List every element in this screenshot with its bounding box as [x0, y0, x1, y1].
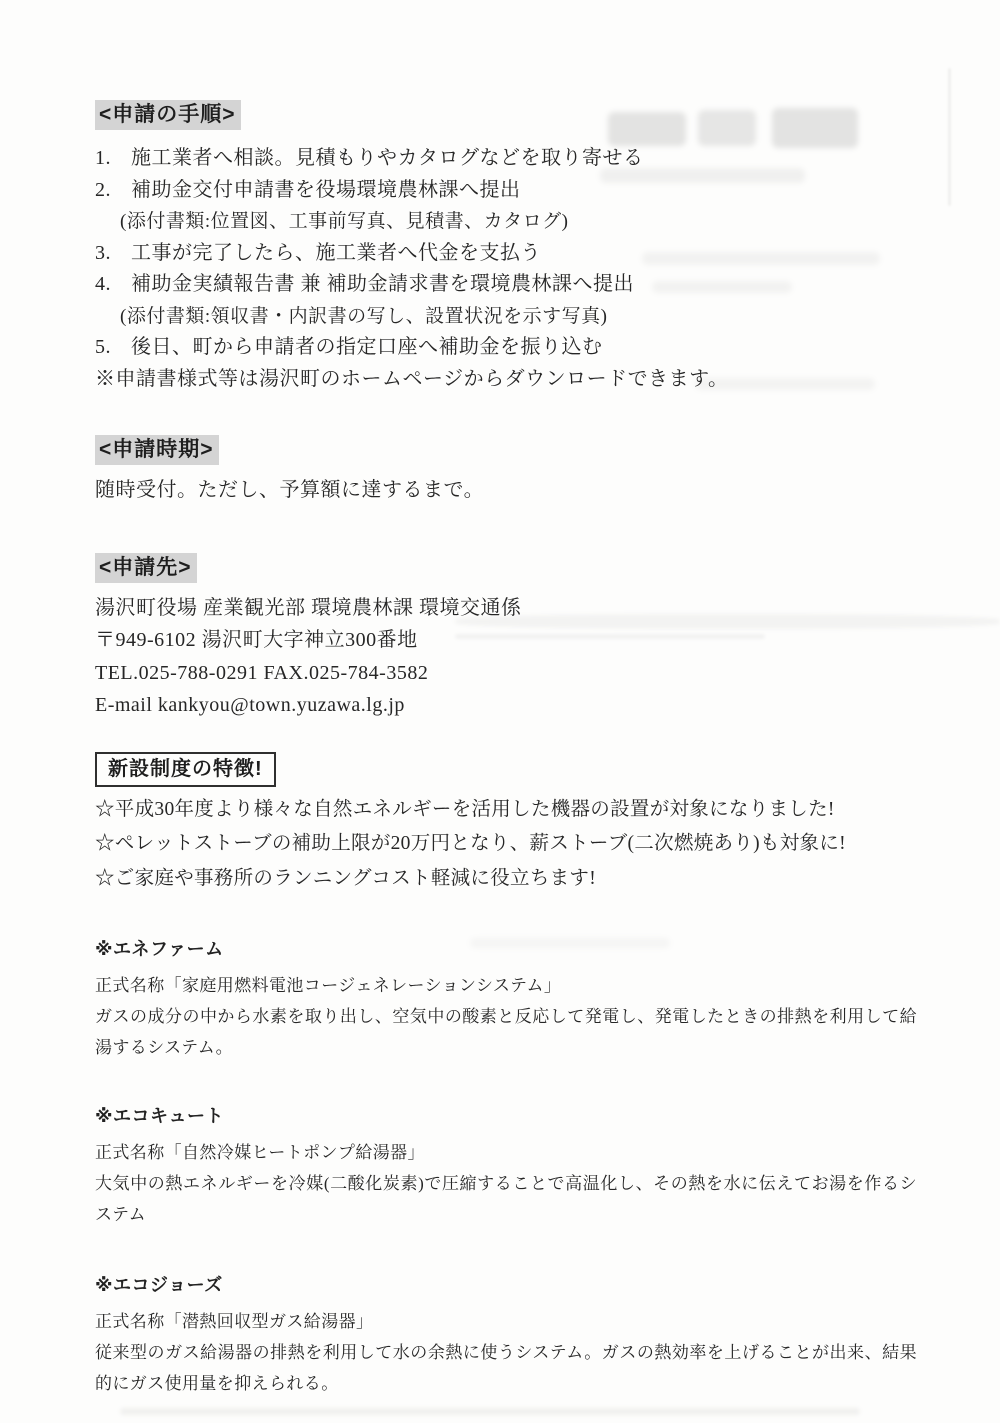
term-description: ガスの成分の中から水素を取り出し、空気中の酸素と反応して発電し、発電したときの排…: [95, 1001, 917, 1063]
step-attachments: (添付書類:領収書・内訳書の写し、設置状況を示す写真): [95, 301, 917, 333]
procedure-step-4: 4. 補助金実績報告書 兼 補助金請求書を環境農林課へ提出: [95, 269, 917, 301]
feature-item: ☆ペレットストーブの補助上限が20万円となり、薪ストーブ(二次燃焼あり)も対象に…: [95, 827, 917, 862]
procedure-steps: 1. 施工業者へ相談。見積もりやカタログなどを取り寄せる 2. 補助金交付申請書…: [95, 143, 917, 395]
term-name: ※エネファーム: [95, 937, 917, 961]
term-description: 従来型のガス給湯器の排熱を利用して水の余熱に使うシステム。ガスの熱効率を上げるこ…: [95, 1337, 917, 1399]
step-number: 1.: [95, 143, 131, 175]
section-procedure: <申請の手順> 1. 施工業者へ相談。見積もりやカタログなどを取り寄せる 2. …: [95, 100, 917, 395]
scanned-document-page: <申請の手順> 1. 施工業者へ相談。見積もりやカタログなどを取り寄せる 2. …: [0, 0, 1000, 1423]
features-list: ☆平成30年度より様々な自然エネルギーを活用した機器の設置が対象になりました! …: [95, 793, 917, 897]
contact-email: E-mail kankyou@town.yuzawa.lg.jp: [95, 689, 917, 722]
term-enefarm: ※エネファーム 正式名称「家庭用燃料電池コージェネレーションシステム」 ガスの成…: [95, 937, 917, 1063]
term-ecojozu: ※エコジョーズ 正式名称「潜熱回収型ガス給湯器」 従来型のガス給湯器の排熱を利用…: [95, 1273, 917, 1399]
download-note: ※申請書様式等は湯沢町のホームページからダウンロードできます。: [95, 364, 917, 396]
term-ecocute: ※エコキュート 正式名称「自然冷媒ヒートポンプ給湯器」 大気中の熱エネルギーを冷…: [95, 1104, 917, 1230]
step-text: 補助金交付申請書を役場環境農林課へ提出: [131, 175, 521, 207]
procedure-step-5: 5. 後日、町から申請者の指定口座へ補助金を振り込む: [95, 332, 917, 364]
term-official-name: 正式名称「家庭用燃料電池コージェネレーションシステム」: [95, 971, 917, 1001]
section-features: 新設制度の特徴! ☆平成30年度より様々な自然エネルギーを活用した機器の設置が対…: [95, 722, 917, 897]
contact-tel-fax: TEL.025-788-0291 FAX.025-784-3582: [95, 657, 917, 690]
step-attachments: (添付書類:位置図、工事前写真、見積書、カタログ): [95, 206, 917, 238]
step-number: 4.: [95, 269, 131, 301]
scan-edge-shadow: [120, 1408, 860, 1415]
document-content: <申請の手順> 1. 施工業者へ相談。見積もりやカタログなどを取り寄せる 2. …: [95, 100, 917, 1399]
procedure-step-3: 3. 工事が完了したら、施工業者へ代金を支払う: [95, 238, 917, 270]
procedure-heading: <申請の手順>: [95, 100, 241, 130]
section-contact: <申請先> 湯沢町役場 産業観光部 環境農林課 環境交通係 〒949-6102 …: [95, 553, 917, 722]
step-text: 工事が完了したら、施工業者へ代金を支払う: [131, 238, 541, 270]
period-body: 随時受付。ただし、予算額に達するまで。: [95, 474, 917, 507]
step-number: 2.: [95, 175, 131, 207]
step-text: 補助金実績報告書 兼 補助金請求書を環境農林課へ提出: [131, 269, 634, 301]
section-period: <申請時期> 随時受付。ただし、予算額に達するまで。: [95, 435, 917, 507]
contact-office: 湯沢町役場 産業観光部 環境農林課 環境交通係: [95, 592, 917, 625]
feature-item: ☆平成30年度より様々な自然エネルギーを活用した機器の設置が対象になりました!: [95, 793, 917, 828]
period-heading: <申請時期>: [95, 435, 219, 465]
term-name: ※エコジョーズ: [95, 1273, 917, 1297]
step-text: 施工業者へ相談。見積もりやカタログなどを取り寄せる: [131, 143, 644, 175]
term-official-name: 正式名称「潜熱回収型ガス給湯器」: [95, 1307, 917, 1337]
feature-item: ☆ご家庭や事務所のランニングコスト軽減に役立ちます!: [95, 862, 917, 897]
step-number: 5.: [95, 332, 131, 364]
procedure-step-2: 2. 補助金交付申請書を役場環境農林課へ提出: [95, 175, 917, 207]
contact-address: 〒949-6102 湯沢町大字神立300番地: [95, 624, 917, 657]
term-description: 大気中の熱エネルギーを冷媒(二酸化炭素)で圧縮することで高温化し、その熱を水に伝…: [95, 1168, 917, 1230]
contact-details: 湯沢町役場 産業観光部 環境農林課 環境交通係 〒949-6102 湯沢町大字神…: [95, 592, 917, 722]
features-boxed-title: 新設制度の特徴!: [95, 752, 276, 787]
procedure-step-1: 1. 施工業者へ相談。見積もりやカタログなどを取り寄せる: [95, 143, 917, 175]
term-name: ※エコキュート: [95, 1104, 917, 1128]
term-official-name: 正式名称「自然冷媒ヒートポンプ給湯器」: [95, 1138, 917, 1168]
scan-edge-line: [948, 68, 951, 206]
contact-heading: <申請先>: [95, 553, 197, 583]
step-text: 後日、町から申請者の指定口座へ補助金を振り込む: [131, 332, 603, 364]
step-number: 3.: [95, 238, 131, 270]
